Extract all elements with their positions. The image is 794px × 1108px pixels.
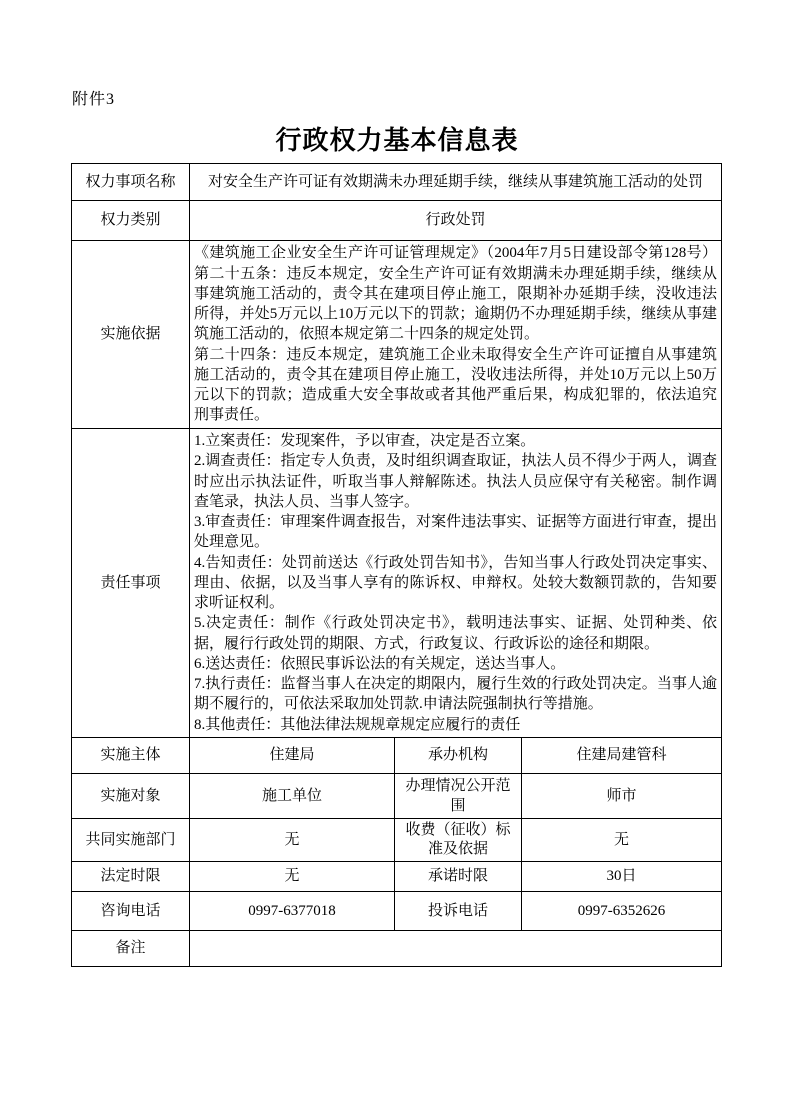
power-name-label: 权力事项名称	[72, 164, 190, 201]
duty-item: 5.决定责任：制作《行政处罚决定书》，载明违法事实、证据、处罚种类、依据，履行行…	[194, 613, 717, 654]
duty-value: 1.立案责任：发现案件，予以审查，决定是否立案。 2.调查责任：指定专人负责，及…	[190, 429, 722, 738]
complaint-phone-value: 0997-6352626	[522, 891, 722, 930]
public-scope-value: 师市	[522, 773, 722, 819]
public-scope-label: 办理情况公开范围	[395, 773, 522, 819]
undertaking-org-value: 住建局建管科	[522, 737, 722, 773]
admin-power-info-table: 权力事项名称 对安全生产许可证有效期满未办理延期手续，继续从事建筑施工活动的处罚…	[71, 163, 722, 967]
joint-dept-label: 共同实施部门	[72, 819, 190, 862]
row-basis: 实施依据 《建筑施工企业安全生产许可证管理规定》（2004年7月5日建设部令第1…	[72, 241, 722, 429]
duty-item: 6.送达责任：依照民事诉讼法的有关规定，送达当事人。	[194, 654, 717, 674]
row-phone: 咨询电话 0997-6377018 投诉电话 0997-6352626	[72, 891, 722, 930]
promised-limit-value: 30日	[522, 861, 722, 891]
legal-limit-label: 法定时限	[72, 861, 190, 891]
duty-item: 3.审查责任：审理案件调查报告，对案件违法事实、证据等方面进行审查，提出处理意见…	[194, 512, 717, 553]
power-name-value: 对安全生产许可证有效期满未办理延期手续，继续从事建筑施工活动的处罚	[190, 164, 722, 201]
undertaking-org-label: 承办机构	[395, 737, 522, 773]
row-implementer: 实施主体 住建局 承办机构 住建局建管科	[72, 737, 722, 773]
legal-limit-value: 无	[190, 861, 395, 891]
row-remark: 备注	[72, 930, 722, 966]
implementer-label: 实施主体	[72, 737, 190, 773]
remark-label: 备注	[72, 930, 190, 966]
basis-paragraph: 《建筑施工企业安全生产许可证管理规定》（2004年7月5日建设部令第128号）第…	[194, 243, 717, 344]
basis-label: 实施依据	[72, 241, 190, 429]
implementer-value: 住建局	[190, 737, 395, 773]
consult-phone-value: 0997-6377018	[190, 891, 395, 930]
consult-phone-label: 咨询电话	[72, 891, 190, 930]
fee-standard-value: 无	[522, 819, 722, 862]
complaint-phone-label: 投诉电话	[395, 891, 522, 930]
page-title: 行政权力基本信息表	[0, 120, 794, 157]
duty-item: 8.其他责任：其他法律法规规章规定应履行的责任	[194, 715, 717, 735]
duty-item: 7.执行责任：监督当事人在决定的期限内，履行生效的行政处罚决定。当事人逾期不履行…	[194, 674, 717, 715]
power-category-label: 权力类别	[72, 201, 190, 241]
row-legal-limit: 法定时限 无 承诺时限 30日	[72, 861, 722, 891]
row-duty: 责任事项 1.立案责任：发现案件，予以审查，决定是否立案。 2.调查责任：指定专…	[72, 429, 722, 738]
row-power-name: 权力事项名称 对安全生产许可证有效期满未办理延期手续，继续从事建筑施工活动的处罚	[72, 164, 722, 201]
row-target: 实施对象 施工单位 办理情况公开范围 师市	[72, 773, 722, 819]
remark-value	[190, 930, 722, 966]
basis-value: 《建筑施工企业安全生产许可证管理规定》（2004年7月5日建设部令第128号）第…	[190, 241, 722, 429]
duty-label: 责任事项	[72, 429, 190, 738]
duty-item: 2.调查责任：指定专人负责，及时组织调查取证，执法人员不得少于两人，调查时应出示…	[194, 451, 717, 512]
joint-dept-value: 无	[190, 819, 395, 862]
duty-item: 1.立案责任：发现案件，予以审查，决定是否立案。	[194, 431, 717, 451]
power-category-value: 行政处罚	[190, 201, 722, 241]
row-joint-dept: 共同实施部门 无 收费（征收）标准及依据 无	[72, 819, 722, 862]
document-page: 附件3 行政权力基本信息表 权力事项名称 对安全生产许可证有效期满未办理延期手续…	[0, 0, 794, 1108]
basis-paragraph: 第二十四条：违反本规定，建筑施工企业未取得安全生产许可证擅自从事建筑施工活动的，…	[194, 345, 717, 426]
target-label: 实施对象	[72, 773, 190, 819]
promised-limit-label: 承诺时限	[395, 861, 522, 891]
row-power-category: 权力类别 行政处罚	[72, 201, 722, 241]
attachment-label: 附件3	[72, 86, 115, 109]
target-value: 施工单位	[190, 773, 395, 819]
fee-standard-label: 收费（征收）标准及依据	[395, 819, 522, 862]
duty-item: 4.告知责任：处罚前送达《行政处罚告知书》，告知当事人行政处罚决定事实、理由、依…	[194, 553, 717, 614]
